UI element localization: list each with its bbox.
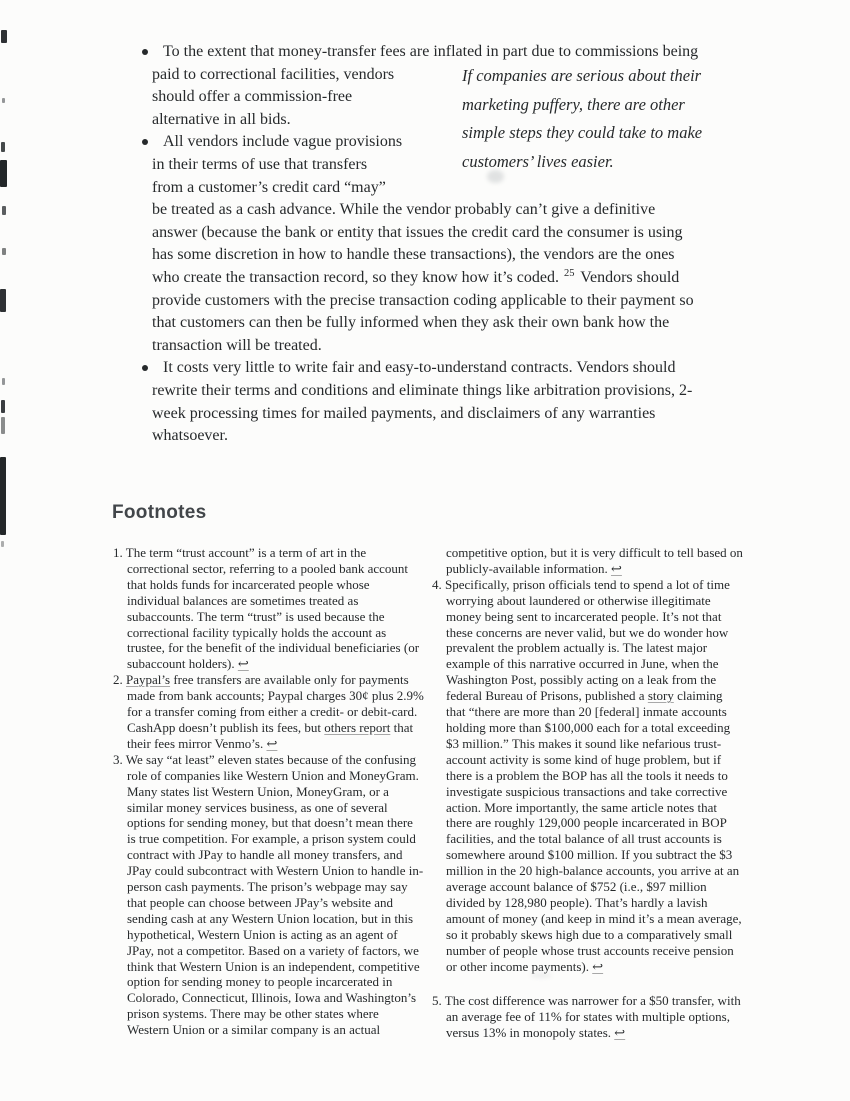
body-text-line: be treated as a cash advance. While the …: [152, 199, 698, 222]
text-span: money being sent to incarcerated people.…: [446, 609, 721, 624]
footnote-line: worrying about laundered or otherwise il…: [432, 593, 762, 609]
text-span: paid to correctional facilities, vendors: [152, 66, 394, 83]
text-span: 4.: [432, 577, 445, 592]
scan-mark: [2, 98, 5, 103]
footnote-line: is true competition. For example, a pris…: [113, 831, 443, 847]
text-span: The cost difference was narrower for a $…: [445, 993, 741, 1008]
footnote-line: that “there are more than 20 [federal] i…: [432, 704, 762, 720]
text-span: from a customer’s credit card “may”: [152, 179, 386, 196]
text-span: marketing puffery, there are other: [462, 95, 685, 114]
footnote-line: 5. The cost difference was narrower for …: [432, 993, 762, 1009]
pull-quote-line: marketing puffery, there are other: [462, 91, 702, 120]
text-span: similar money services business, as one …: [127, 800, 388, 815]
footnote-line: person cash payments. The prison’s webpa…: [113, 879, 443, 895]
text-span: that holds funds for incarcerated people…: [127, 577, 370, 592]
text-span: person cash payments. The prison’s webpa…: [127, 879, 408, 894]
link-text: Paypal’s: [126, 672, 170, 687]
footnote-line: there are roughly 129,000 people incarce…: [432, 815, 762, 831]
text-span: amount of money (and keep in mind it’s a…: [446, 911, 742, 926]
text-span: alternative in all bids.: [152, 111, 291, 128]
text-span: hypothetical, Western Union is acting as…: [127, 927, 398, 942]
text-span: The term “trust account” is a term of ar…: [126, 545, 366, 560]
scan-mark: [1, 400, 5, 413]
footnote-line: made from bank accounts; Paypal charges …: [113, 688, 443, 704]
text-span: whatsoever.: [152, 427, 228, 444]
pull-quote-line: simple steps they could take to make: [462, 119, 702, 148]
text-span: made from bank accounts; Paypal charges …: [127, 688, 424, 703]
footnote-line: 3. We say “at least” eleven states becau…: [113, 752, 443, 768]
body-text-line: week processing times for mailed payment…: [152, 403, 698, 426]
text-span: provide customers with the precise trans…: [152, 292, 694, 309]
footnote-line: number of people whose trust accounts re…: [432, 943, 762, 959]
footnote-line: correctional facility typically holds th…: [113, 625, 443, 641]
scan-mark: [0, 289, 6, 312]
text-span: correctional facility typically holds th…: [127, 625, 386, 640]
scan-mark: [1, 541, 4, 547]
pull-quote-line: customers’ lives easier.: [462, 148, 702, 177]
scan-mark: [2, 206, 6, 215]
footnote-line: prevalent the problem actually is. The l…: [432, 640, 762, 656]
text-span: be treated as a cash advance. While the …: [152, 201, 655, 218]
text-span: think that Western Union is an independe…: [127, 959, 420, 974]
text-span: number of people whose trust accounts re…: [446, 943, 734, 958]
footnote-line: publicly-available information. ↩: [432, 561, 762, 577]
text-span: Vendors should: [576, 269, 679, 286]
link-text: ↩: [614, 1025, 625, 1040]
text-span: role of companies like Western Union and…: [127, 768, 419, 783]
text-span: week processing times for mailed payment…: [152, 405, 655, 422]
footnotes-left-column: 1. The term “trust account” is a term of…: [113, 545, 443, 1038]
body-text-line: It costs very little to write fair and e…: [152, 357, 698, 380]
link-text: story: [648, 688, 674, 703]
text-span: JPay, not a competitor. Based on a varie…: [127, 943, 419, 958]
text-span: 2.: [113, 672, 126, 687]
footnote-line: average account balance of $752 (i.e., $…: [432, 879, 762, 895]
footnote-line: JPay could subcontract with Western Unio…: [113, 863, 443, 879]
footnote-line: contract with JPay to handle all money t…: [113, 847, 443, 863]
footnote-line: similar money services business, as one …: [113, 800, 443, 816]
text-span: $3 million.” This makes it sound like ne…: [446, 736, 721, 751]
body-text-line: answer (because the bank or entity that …: [152, 222, 698, 245]
text-span: options for sending money, but that does…: [127, 815, 413, 830]
text-span: transaction will be treated.: [152, 337, 322, 354]
footnote-line: federal Bureau of Prisons, published a s…: [432, 688, 762, 704]
text-span: so it probably skews high due to a compa…: [446, 927, 732, 942]
text-span: Specifically, prison officials tend to s…: [445, 577, 730, 592]
body-text-line: has some discretion in how to handle the…: [152, 244, 698, 267]
text-span: All vendors include vague provisions: [163, 133, 402, 150]
footnote-item: 1. The term “trust account” is a term of…: [113, 545, 443, 672]
bullet-icon: [142, 139, 148, 145]
scan-mark: [0, 457, 6, 535]
footnote-line: facilities, and the total balance of all…: [432, 831, 762, 847]
text-span: claiming: [674, 688, 723, 703]
footnote-line: example of this narrative occurred in Ju…: [432, 656, 762, 672]
footnote-line: Colorado, Connecticut, Illinois, Iowa an…: [113, 990, 443, 1006]
text-span: for a transfer coming from either a cred…: [127, 704, 417, 719]
footnote-line: subaccounts. The term “trust” is used be…: [113, 609, 443, 625]
text-span: CashApp doesn’t publish its fees, but: [127, 720, 324, 735]
footnote-line: somewhere around $100 million. If you su…: [432, 847, 762, 863]
footnote-line: Washington Post, possibly acting on a le…: [432, 672, 762, 688]
text-span: competitive option, but it is very diffi…: [446, 545, 743, 560]
text-span: that people can choose between JPay’s we…: [127, 895, 393, 910]
footnote-line: 4. Specifically, prison officials tend t…: [432, 577, 762, 593]
footnote-line: competitive option, but it is very diffi…: [432, 545, 762, 561]
text-span: that “there are more than 20 [federal] i…: [446, 704, 727, 719]
footnote-line: sending cash at any Western Union locati…: [113, 911, 443, 927]
text-span: publicly-available information.: [446, 561, 611, 576]
link-text: ↩: [611, 561, 622, 576]
footnote-line: that holds funds for incarcerated people…: [113, 577, 443, 593]
body-text-line: who create the transaction record, so th…: [152, 267, 698, 290]
bullet-icon: [142, 49, 148, 55]
footnote-ref: 25: [564, 268, 575, 279]
text-span: Western Union or a similar company is an…: [127, 1022, 380, 1037]
footnote-line: their fees mirror Venmo’s. ↩: [113, 736, 443, 752]
footnote-item: 2. Paypal’s free transfers are available…: [113, 672, 443, 752]
footnote-line: CashApp doesn’t publish its fees, but ot…: [113, 720, 443, 736]
text-span: rewrite their terms and conditions and e…: [152, 382, 692, 399]
text-span: free transfers are available only for pa…: [170, 672, 409, 687]
link-text: ↩: [266, 736, 277, 751]
footnote-line: role of companies like Western Union and…: [113, 768, 443, 784]
text-span: an average fee of 11% for states with mu…: [446, 1009, 730, 1024]
link-text: ↩: [592, 959, 603, 974]
text-span: should offer a commission-free: [152, 88, 352, 105]
text-span: is true competition. For example, a pris…: [127, 831, 416, 846]
footnote-line: that people can choose between JPay’s we…: [113, 895, 443, 911]
text-span: Washington Post, possibly acting on a le…: [446, 672, 716, 687]
text-span: It costs very little to write fair and e…: [163, 359, 675, 376]
link-text: ↩: [238, 656, 249, 671]
body-text-line: To the extent that money-transfer fees a…: [152, 41, 698, 64]
footnote-line: Western Union or a similar company is an…: [113, 1022, 443, 1038]
footnote-line: for a transfer coming from either a cred…: [113, 704, 443, 720]
footnote-line: money being sent to incarcerated people.…: [432, 609, 762, 625]
scan-mark: [0, 160, 7, 187]
body-text-line: that customers can then be fully informe…: [152, 312, 698, 335]
text-span: correctional sector, referring to a pool…: [127, 561, 408, 576]
scan-mark: [1, 417, 5, 434]
text-span: To the extent that money-transfer fees a…: [163, 43, 698, 60]
text-span: average account balance of $752 (i.e., $…: [446, 879, 707, 894]
footnote-line: Many states list Western Union, MoneyGra…: [113, 784, 443, 800]
text-span: Many states list Western Union, MoneyGra…: [127, 784, 389, 799]
body-text-line: transaction will be treated.: [152, 335, 698, 358]
text-span: there is a problem the BOP has all the t…: [446, 768, 728, 783]
text-span: their fees mirror Venmo’s.: [127, 736, 266, 751]
footnote-line: $3 million.” This makes it sound like ne…: [432, 736, 762, 752]
text-span: worrying about laundered or otherwise il…: [446, 593, 711, 608]
scan-mark: [1, 142, 5, 152]
footnote-line: so it probably skews high due to a compa…: [432, 927, 762, 943]
text-span: that customers can then be fully informe…: [152, 314, 669, 331]
text-span: contract with JPay to handle all money t…: [127, 847, 402, 862]
footnote-line: 2. Paypal’s free transfers are available…: [113, 672, 443, 688]
footnote-line: holding more than $100,000 each for a to…: [432, 720, 762, 736]
text-span: customers’ lives easier.: [462, 152, 614, 171]
footnote-line: subaccount holders). ↩: [113, 656, 443, 672]
scan-mark: [2, 248, 6, 255]
footnote-line: JPay, not a competitor. Based on a varie…: [113, 943, 443, 959]
footnote-item: 5. The cost difference was narrower for …: [432, 993, 762, 1041]
text-span: 1.: [113, 545, 126, 560]
text-span: in their terms of use that transfers: [152, 156, 367, 173]
footnotes-heading: Footnotes: [112, 502, 207, 524]
text-span: somewhere around $100 million. If you su…: [446, 847, 732, 862]
text-span: If companies are serious about their: [462, 66, 701, 85]
footnote-line: million in the 20 high-balance accounts,…: [432, 863, 762, 879]
body-text-line: whatsoever.: [152, 425, 698, 448]
text-span: Colorado, Connecticut, Illinois, Iowa an…: [127, 990, 416, 1005]
text-span: individual balances are sometimes treate…: [127, 593, 358, 608]
footnote-line: trustee, for the benefit of the individu…: [113, 640, 443, 656]
footnote-line: think that Western Union is an independe…: [113, 959, 443, 975]
text-span: or other income payments).: [446, 959, 592, 974]
body-text-line: from a customer’s credit card “may”: [152, 177, 698, 200]
footnote-item: competitive option, but it is very diffi…: [432, 545, 762, 577]
text-span: divided by 128,980 people). That’s hardl…: [446, 895, 708, 910]
footnote-line: or other income payments). ↩: [432, 959, 762, 975]
text-span: simple steps they could take to make: [462, 123, 702, 142]
text-span: 5.: [432, 993, 445, 1008]
footnote-line: prison systems. There may be other state…: [113, 1006, 443, 1022]
footnote-line: amount of money (and keep in mind it’s a…: [432, 911, 762, 927]
footnote-line: options for sending money, but that does…: [113, 815, 443, 831]
text-span: We say “at least” eleven states because …: [126, 752, 416, 767]
text-span: subaccounts. The term “trust” is used be…: [127, 609, 385, 624]
text-span: prevalent the problem actually is. The l…: [446, 640, 707, 655]
text-span: federal Bureau of Prisons, published a: [446, 688, 648, 703]
footnote-line: an average fee of 11% for states with mu…: [432, 1009, 762, 1025]
text-span: facilities, and the total balance of all…: [446, 831, 722, 846]
footnote-line: individual balances are sometimes treate…: [113, 593, 443, 609]
text-span: sending cash at any Western Union locati…: [127, 911, 413, 926]
text-span: holding more than $100,000 each for a to…: [446, 720, 730, 735]
footnote-line: hypothetical, Western Union is acting as…: [113, 927, 443, 943]
text-span: million in the 20 high-balance accounts,…: [446, 863, 739, 878]
document-page: To the extent that money-transfer fees a…: [0, 0, 850, 1101]
text-span: versus 13% in monopoly states.: [446, 1025, 614, 1040]
footnote-item: 3. We say “at least” eleven states becau…: [113, 752, 443, 1038]
footnote-line: there is a problem the BOP has all the t…: [432, 768, 762, 784]
text-span: investigate suspicious transactions and …: [446, 784, 727, 799]
text-span: there are roughly 129,000 people incarce…: [446, 815, 727, 830]
pull-quote-line: If companies are serious about their: [462, 62, 702, 91]
text-span: answer (because the bank or entity that …: [152, 224, 683, 241]
footnote-line: option for sending money to people incar…: [113, 974, 443, 990]
link-text: others report: [324, 720, 390, 735]
footnote-line: correctional sector, referring to a pool…: [113, 561, 443, 577]
bullet-icon: [142, 365, 148, 371]
text-span: prison systems. There may be other state…: [127, 1006, 379, 1021]
text-span: who create the transaction record, so th…: [152, 269, 563, 286]
pull-quote: If companies are serious about theirmark…: [462, 62, 702, 176]
text-span: account activity is some kind of huge pr…: [446, 752, 721, 767]
text-span: trustee, for the benefit of the individu…: [127, 640, 419, 655]
scan-mark: [2, 378, 5, 385]
text-span: example of this narrative occurred in Ju…: [446, 656, 719, 671]
footnote-line: account activity is some kind of huge pr…: [432, 752, 762, 768]
text-span: that: [390, 720, 413, 735]
footnote-line: divided by 128,980 people). That’s hardl…: [432, 895, 762, 911]
text-span: these concerns are never valid, but we d…: [446, 625, 728, 640]
footnotes-right-column: competitive option, but it is very diffi…: [432, 545, 762, 1041]
footnote-line: investigate suspicious transactions and …: [432, 784, 762, 800]
text-span: option for sending money to people incar…: [127, 974, 392, 989]
body-text-line: rewrite their terms and conditions and e…: [152, 380, 698, 403]
text-span: JPay could subcontract with Western Unio…: [127, 863, 423, 878]
footnote-line: versus 13% in monopoly states. ↩: [432, 1025, 762, 1041]
footnote-line: these concerns are never valid, but we d…: [432, 625, 762, 641]
footnote-line: action. More importantly, the same artic…: [432, 800, 762, 816]
text-span: action. More importantly, the same artic…: [446, 800, 717, 815]
body-text-line: provide customers with the precise trans…: [152, 290, 698, 313]
text-span: 3.: [113, 752, 126, 767]
bullet-item: It costs very little to write fair and e…: [152, 357, 698, 447]
text-span: has some discretion in how to handle the…: [152, 246, 675, 263]
footnote-item: 4. Specifically, prison officials tend t…: [432, 577, 762, 975]
footnote-line: 1. The term “trust account” is a term of…: [113, 545, 443, 561]
text-span: subaccount holders).: [127, 656, 238, 671]
scan-mark: [1, 30, 7, 43]
